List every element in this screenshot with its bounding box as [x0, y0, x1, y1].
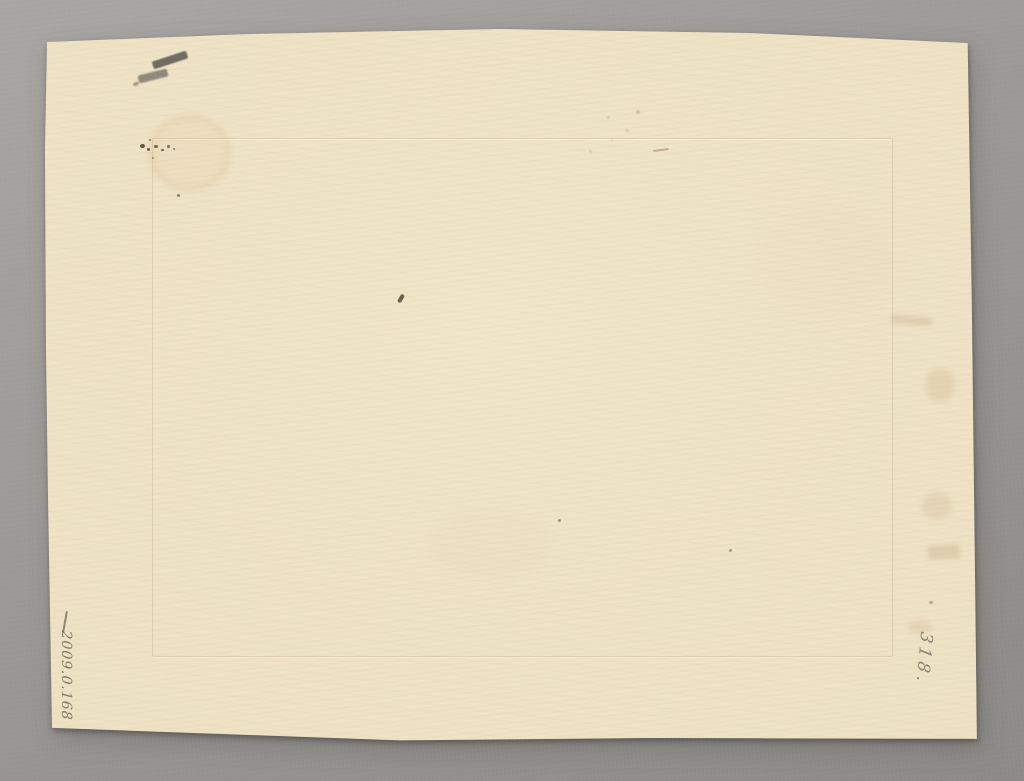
foxing-dot: [589, 150, 592, 153]
paper-fleck: [397, 294, 405, 304]
paper-speck: [177, 194, 180, 197]
ink-speck: [149, 139, 151, 141]
paper-fleck: [729, 549, 732, 552]
paper-fiber: [653, 148, 669, 152]
ink-speck: [154, 145, 158, 148]
photo-background: 2009.0.168 318.: [0, 0, 1024, 781]
foxing-dot: [611, 139, 613, 141]
ink-speck: [167, 145, 170, 148]
paper-sheet-shadow: 2009.0.168 318.: [0, 0, 1024, 781]
toned-patch: [760, 200, 900, 320]
oval-stain-fill: [155, 120, 225, 186]
paper-sheet: 2009.0.168 318.: [0, 0, 1024, 781]
accession-number-annotation: 2009.0.168: [58, 630, 74, 721]
paper-marks-layer: [0, 0, 1024, 781]
edge-stain: [922, 492, 952, 520]
toned-patch: [430, 510, 550, 580]
foxing-dot: [636, 110, 640, 114]
ink-speck: [173, 148, 175, 150]
foxing-dot: [607, 116, 610, 119]
ink-speck: [161, 149, 164, 151]
ink-speck: [140, 144, 145, 148]
edge-stain: [925, 368, 955, 402]
edge-stain: [890, 315, 933, 327]
ink-speck: [152, 157, 154, 159]
paper-fleck: [558, 519, 561, 522]
graphite-smudge-tail: [132, 81, 139, 87]
foxing-dot: [626, 129, 629, 132]
graphite-smudge-upper: [152, 51, 189, 70]
ink-speck: [147, 148, 150, 151]
edge-stain: [928, 544, 961, 560]
paper-fleck: [929, 601, 933, 604]
graphite-smudge-lower: [137, 68, 168, 83]
